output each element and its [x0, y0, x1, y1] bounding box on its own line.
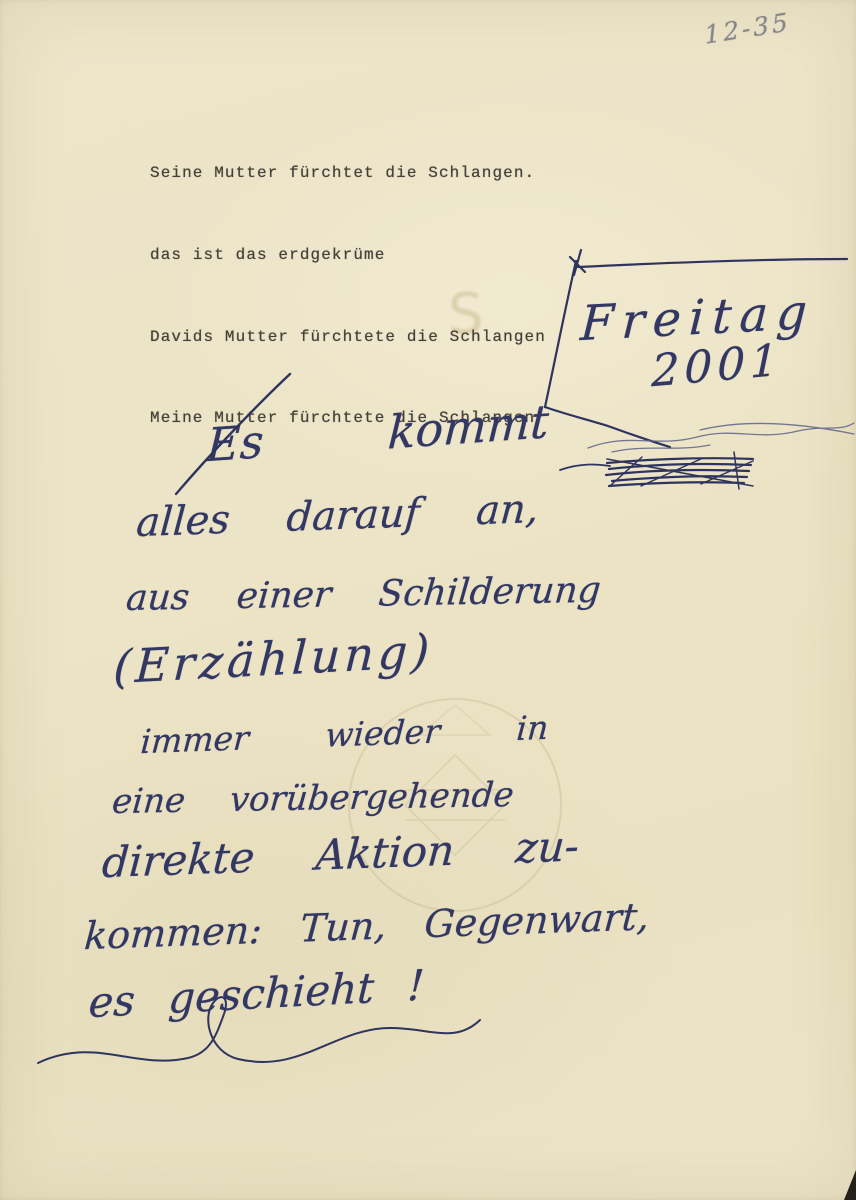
manuscript-page: S 12-35 Seine Mutter fürchtet die Schlan…: [0, 0, 856, 1200]
handwritten-line: alles darauf an,: [135, 486, 540, 546]
wavy-strokes: [588, 423, 854, 452]
handwritten-date-year: 2001: [651, 334, 783, 397]
handwritten-line: es geschieht !: [87, 960, 425, 1027]
handwritten-line: kommen: Tun, Gegenwart,: [83, 894, 651, 958]
handwritten-line: (Erzählung): [112, 623, 435, 694]
crossed-out-word-scribble: [560, 452, 753, 489]
scan-corner-shadow: [844, 1170, 856, 1200]
handwritten-line: immer wieder in: [139, 708, 549, 761]
handwritten-line: aus einer Schilderung: [124, 570, 602, 619]
typewritten-line: Seine Mutter fürchtet die Schlangen.: [150, 160, 546, 187]
typewritten-line: das ist das erdgekrüme: [150, 242, 546, 269]
handwritten-line: direkte Aktion zu-: [101, 821, 581, 887]
handwritten-line: eine vorübergehende: [110, 775, 515, 822]
typewritten-line: Davids Mutter fürchtete die Schlangen: [150, 324, 546, 351]
page-number-annotation: 12-35: [703, 7, 792, 50]
